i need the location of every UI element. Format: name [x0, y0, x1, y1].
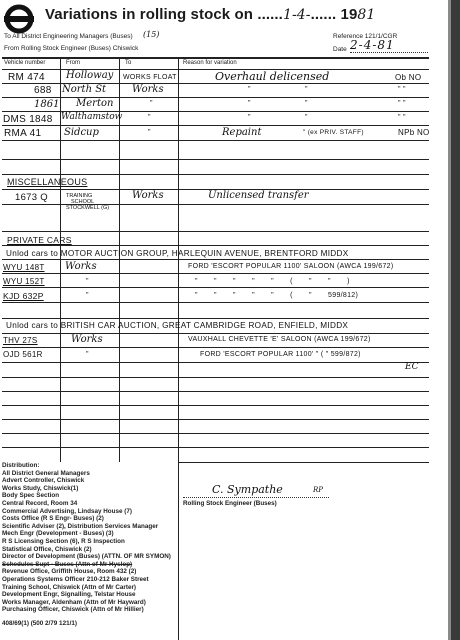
to-destination: WORKS FLOAT: [123, 74, 177, 81]
signature-line: [183, 497, 329, 498]
distribution-item: Commercial Advertising, Lindsay House (7…: [2, 508, 171, 516]
row-rule: [2, 97, 429, 98]
auction-group-heading: Unlod cars to BRITISH CAR AUCTION, GREAT…: [6, 321, 348, 330]
from-line: STOCKWELL (G): [66, 205, 109, 211]
row-rule: [2, 302, 429, 303]
row-rule: [2, 333, 429, 334]
row-rule: [2, 174, 429, 175]
vehicle-number: KJD 632P: [3, 291, 44, 301]
row-rule: [2, 318, 429, 319]
distribution-item: Development Engr, Signalling, Telstar Ho…: [2, 591, 171, 599]
distribution-item: Mech Engr (Development - Buses) (3): [2, 530, 171, 538]
distribution-item: R S Licensing Section (6), R S Inspectio…: [2, 538, 171, 546]
title-dots: ......: [257, 6, 283, 23]
row-rule: [2, 125, 429, 126]
reason-ditto: ": [305, 100, 308, 107]
distribution-item: Works Study, Chiswick(1): [2, 485, 171, 493]
row-rule: [2, 287, 429, 288]
sheet-number: (15): [143, 30, 159, 39]
form-code: 408/69(1) (500 2/79 121/1): [2, 620, 171, 628]
distribution-list: Distribution: All District General Manag…: [2, 462, 171, 627]
title-year: 81: [357, 7, 375, 23]
row-rule: [2, 259, 429, 260]
from-location: ": [86, 351, 89, 358]
reason: ": [248, 100, 251, 107]
vehicle-description: FORD 'ESCORT POPULAR 1100' SALOON (AWCA …: [188, 263, 394, 270]
reason: Overhaul delicensed: [215, 70, 329, 83]
to-destination: Works: [132, 84, 164, 95]
from-line: From Rolling Stock Engineer (Buses) Chis…: [4, 45, 138, 52]
licence-note: Ob NO: [395, 73, 421, 82]
private-cars-heading: PRIVATE CARS: [7, 235, 72, 245]
row-rule: [2, 140, 429, 141]
signature: C. Sympathe: [212, 483, 283, 496]
from-location: ": [86, 292, 89, 299]
vehicle-description: " " " " " ( " 599/812): [195, 292, 358, 299]
column-header-to: To: [125, 60, 131, 66]
from-garage: Sidcup: [64, 127, 99, 138]
vehicle-number: 688: [34, 85, 52, 96]
vehicle-description: FORD 'ESCORT POPULAR 1100' " ( " 599/872…: [200, 351, 361, 358]
distribution-item: Purchasing Officer, Chiswick (Attn of Mr…: [2, 606, 171, 614]
vehicle-number: RMA 41: [4, 128, 41, 139]
reason: ": [248, 114, 251, 121]
from-location: Works: [71, 334, 103, 345]
distribution-item: Body Spec Section: [2, 492, 171, 500]
column-header-reason: Reason for variation: [183, 60, 237, 66]
row-rule: [2, 419, 429, 420]
row-rule: [2, 273, 429, 274]
vehicle-number: RM 474: [8, 72, 45, 83]
distribution-item: Operations Systems Officer 210-212 Baker…: [2, 576, 171, 584]
vehicle-number: THV 27S: [3, 336, 38, 345]
distribution-item: Revenue Office, Griffith House, Room 432…: [2, 568, 171, 576]
to-destination: Works: [132, 190, 164, 201]
misc-heading: MISCELLANEOUS: [7, 177, 87, 187]
title-date: 1-4-: [283, 7, 311, 23]
distribution-item: Statistical Office, Chiswick (2): [2, 546, 171, 554]
from-garage: North St: [62, 84, 106, 95]
vehicle-description: " " " " " ( " " ): [195, 278, 350, 285]
vehicle-description: VAUXHALL CHEVETTE 'E' SALOON (AWCA 199/6…: [188, 336, 371, 343]
licence-note: " ": [398, 114, 406, 121]
date-value: 2-4-81: [350, 38, 428, 53]
auction-group-heading: Unlod cars to MOTOR AUCTION GROUP, HARLE…: [6, 249, 349, 258]
reason-ditto: ": [305, 114, 308, 121]
licence-note: " ": [398, 100, 406, 107]
scan-edge: [451, 0, 460, 640]
column-header-vehicle: Vehicle number: [4, 60, 45, 66]
row-rule: [2, 362, 429, 363]
row-rule: [2, 377, 429, 378]
row-rule: [2, 447, 429, 448]
vehicle-number: DMS 1848: [3, 114, 53, 125]
distribution-item: Advert Controller, Chiswick: [2, 477, 171, 485]
reason: ": [248, 86, 251, 93]
signatory-title: Rolling Stock Engineer (Buses): [183, 500, 277, 507]
reason: Unlicensed transfer: [208, 190, 309, 201]
row-rule: [2, 405, 429, 406]
row-rule: [2, 347, 429, 348]
column-header-from: From: [66, 60, 80, 66]
reason-extra: " (ex PRIV. STAFF): [303, 129, 364, 136]
form-title: Variations in rolling stock on ......1-4…: [45, 6, 375, 23]
row-rule: [2, 433, 429, 434]
london-transport-roundel-icon: [4, 4, 34, 34]
date-label: Date: [333, 46, 347, 53]
reason-ditto: ": [305, 86, 308, 93]
to-destination: ": [148, 129, 151, 136]
vehicle-number: 1861: [34, 99, 59, 110]
signature-suffix: RP: [313, 486, 323, 494]
from-garage: Holloway: [66, 70, 113, 81]
licence-note: " ": [398, 86, 406, 93]
row-rule: [2, 391, 429, 392]
vehicle-number: WYU 148T: [3, 263, 45, 272]
distribution-heading: Distribution:: [2, 462, 171, 470]
column-divider: [178, 57, 179, 640]
distribution-item: Director of Development (Buses) (ATTN. O…: [2, 553, 171, 561]
reason: Repaint: [222, 127, 261, 138]
vehicle-number: WYU 152T: [3, 277, 45, 286]
vehicle-number: OJD 561R: [3, 350, 43, 359]
distribution-item: Costs Office (R S Engr- Buses) (2): [2, 515, 171, 523]
distribution-item-struck: Schedules Supt - Buses (Attn of Mr Hyslo…: [2, 561, 171, 569]
table-top-rule: [2, 57, 429, 59]
distribution-item: Works Manager, Aldenham (Attn of Mr Hayw…: [2, 599, 171, 607]
row-rule: [2, 159, 429, 160]
distribution-item: Central Record, Room 34: [2, 500, 171, 508]
distribution-item: Training School, Chiswick (Attn of Mr Ca…: [2, 584, 171, 592]
initials: EC: [405, 362, 418, 372]
from-location: Works: [65, 261, 97, 272]
distribution-item: Scientific Adviser (2), Distribution Ser…: [2, 523, 171, 531]
vehicle-number: 1673 Q: [15, 192, 48, 203]
row-rule: [2, 231, 429, 232]
licence-note: NPb NO: [398, 128, 430, 137]
distribution-item: All District General Managers: [2, 470, 171, 478]
to-line: To All District Engineering Managers (Bu…: [4, 33, 133, 40]
row-rule: [178, 462, 429, 463]
row-rule: [2, 245, 429, 246]
from-garage: Merton: [76, 98, 113, 109]
to-destination: ": [148, 114, 151, 121]
from-location: ": [86, 278, 89, 285]
from-garage: Walthamstow: [61, 112, 122, 122]
to-destination: ": [150, 100, 153, 107]
